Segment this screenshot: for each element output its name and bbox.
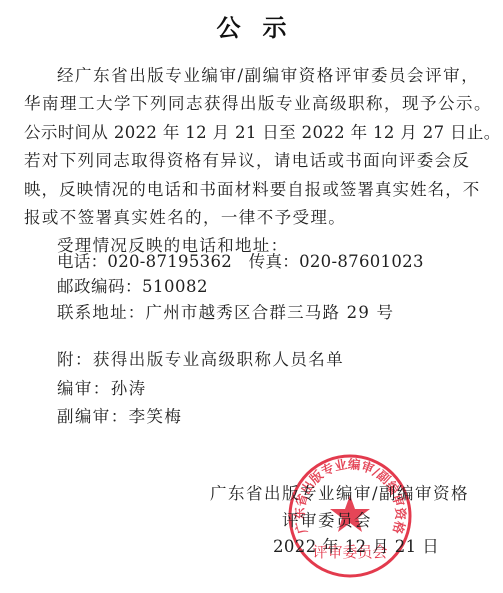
notice-document: 公示 经广东省出版专业编审/副编审资格评审委员会评审， 华南理工大学下列同志获得… [0,0,503,593]
body-line-4: 若对下列同志取得资格有异议，请电话或书面向评委会反 [24,151,470,171]
contact-address: 联系地址：广州市越秀区合群三马路 29 号 [57,303,394,323]
contact-postal-code: 邮政编码：510082 [57,277,208,297]
attachment-heading: 附：获得出版专业高级职称人员名单 [57,350,344,370]
body-line-3: 公示时间从 2022 年 12 月 21 日至 2022 年 12 月 27 日… [24,123,501,143]
signature-date: 2022 年 12 月 21 日 [273,537,439,557]
body-line-6: 报或不签署真实姓名的，一律不予受理。 [24,208,346,228]
contact-phone-fax: 电话：020-87195362 传真：020-87601023 [57,252,424,272]
page-title: 公示 [0,8,503,43]
signature-org-line-2: 评审委员会 [282,511,372,531]
attachment-associate-editor: 副编审：李笑梅 [57,407,182,427]
attachment-editor: 编审：孙涛 [57,379,147,399]
body-line-5: 映，反映情况的电话和书面材料要自报或签署真实姓名，不 [24,180,480,200]
body-line-2: 华南理工大学下列同志获得出版专业高级职称，现予公示。 [24,94,492,114]
signature-org-line-1: 广东省出版专业编审/副编审资格 [210,484,469,504]
body-line-1: 经广东省出版专业编审/副编审资格评审委员会评审， [57,66,479,86]
